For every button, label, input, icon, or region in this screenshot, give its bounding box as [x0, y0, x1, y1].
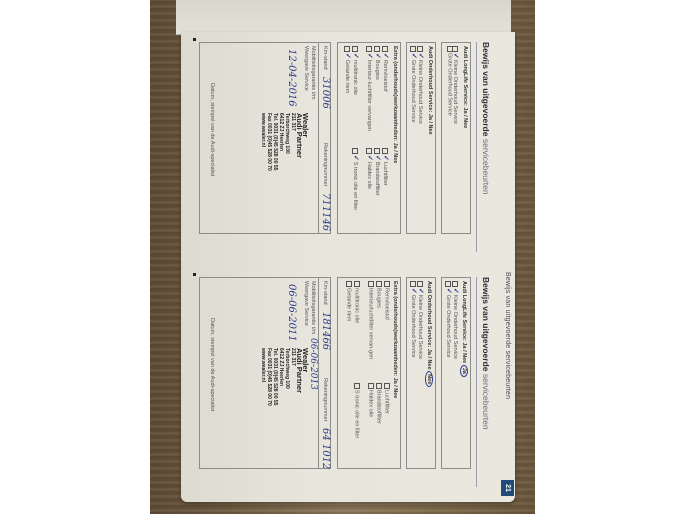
checkbox-row[interactable]: ✓Bougies [374, 46, 382, 80]
checkbox-row[interactable]: ✓Luchtfilter [382, 148, 390, 186]
checkbox-row[interactable]: Luchtfilter [384, 383, 390, 414]
km-stand-label: Km-stand [322, 281, 328, 305]
handwritten-check-icon: ✓ [382, 155, 389, 161]
checkbox-label: S tronic olie en filter [354, 390, 360, 438]
checkbox-label: Interieurluchtfilter vervan-gen [368, 288, 374, 359]
checkbox-label: Remvloeistof [382, 60, 388, 92]
page-content: Bewijs van uitgevoerde servicebeurten 21… [181, 32, 515, 502]
checkbox-row[interactable]: Haldex olie [368, 383, 374, 417]
checkbox-icon[interactable] [452, 281, 458, 287]
checkbox-label: multitronic olie [352, 60, 358, 95]
checkbox-row[interactable]: multitronic olie [354, 281, 360, 323]
extra-work-title: Extra (onderhouds)werkzaamheden: Ja / Ne… [392, 281, 398, 398]
stamp-line: Tel. 0031 (0)45 528 00 55 [272, 113, 278, 171]
handwritten-check-icon: ✓ [366, 53, 373, 59]
dealer-stamp: WealerAudi Partner211 317Terborchweg 100… [260, 348, 308, 406]
invoice-label: Rekeningnummer [322, 143, 328, 186]
checkbox-label: Interieur-luchtfilter vervangen [366, 60, 372, 131]
checkbox-label: Grote Onderhoud Service [447, 53, 453, 116]
checkbox-row[interactable]: ✓Grote Onderhoud Service [410, 46, 418, 123]
checkbox-row[interactable]: Remvloeistof [384, 281, 390, 320]
booklet-facing-page-edge [176, 0, 511, 35]
mobility-label: Mobiliteitsgarantie t/m [310, 281, 316, 335]
handwritten-check-icon: ✓ [417, 53, 424, 59]
service-details-box: Km-stand31006Rekeningnummer711146Mobilit… [199, 42, 331, 234]
service-record-column: Bewijs van uitgevoerde servicebeurtenAud… [191, 277, 491, 487]
checkbox-label: Grote Onderhoud Service [445, 295, 451, 358]
invoice-value: 64 1012 [320, 428, 331, 469]
handwritten-check-icon: ✓ [374, 155, 381, 161]
service-date-value: 06-06-2011 [286, 284, 297, 342]
handwritten-check-icon: ✓ [452, 288, 459, 294]
checkbox-icon[interactable] [376, 383, 382, 389]
checkbox-row[interactable]: ✓Brandstoffilter [374, 148, 382, 196]
date-stamp-label: Datum, stempel van de Audi-specialist [209, 318, 215, 411]
checkbox-row[interactable]: ✓Haldex olie [366, 148, 374, 189]
dealer-stamp: WealerAudi Partner211 317Terborchweg 100… [260, 113, 308, 171]
checkbox-label: Grote Onderhoud Service [410, 60, 416, 123]
handwritten-check-icon: ✓ [352, 155, 359, 161]
checkbox-row[interactable]: S tronic olie en filter [354, 383, 360, 438]
checkbox-label: Remvloeistof [384, 288, 390, 320]
checkbox-icon[interactable] [354, 383, 360, 389]
checkbox-row[interactable]: ✓Grote Onderhoud Service [410, 281, 418, 358]
checkbox-label: Luchtfilter [382, 162, 388, 186]
service-details-box: Km-stand181466Rekeningnummer64 1012Mobil… [199, 277, 331, 469]
checkbox-row[interactable]: Getande riem [346, 281, 352, 321]
stamp-line: Fax 0031 (0)45 528 00 70 [266, 348, 272, 406]
handwritten-check-icon: ✓ [410, 288, 417, 294]
checkbox-icon[interactable] [384, 281, 390, 287]
column-title-light: servicebeurten [481, 374, 491, 430]
longlife-service-box: Audi LongLife Service: Ja / Nee ✓Kleine … [441, 42, 471, 234]
checkbox-icon[interactable] [366, 148, 372, 154]
checkbox-row[interactable]: ✓Kleine Onderhoud Service [452, 46, 460, 124]
checkbox-icon[interactable] [452, 46, 458, 52]
checkbox-icon[interactable] [352, 46, 358, 52]
details-divider [318, 278, 319, 468]
checkbox-row[interactable]: ✓Kleine Onderhoud Service [417, 281, 425, 359]
checkbox-icon[interactable] [352, 148, 358, 154]
service-label: Weergave Service [303, 281, 309, 326]
checkbox-icon[interactable] [374, 148, 380, 154]
checkbox-icon[interactable] [410, 281, 416, 287]
column-title: Bewijs van uitgevoerde servicebeurten [481, 42, 491, 195]
checkbox-row[interactable]: ✓Kleine Onderhoud Service [417, 46, 425, 124]
running-header: Bewijs van uitgevoerde servicebeurten 21 [495, 32, 515, 502]
checkbox-icon[interactable] [374, 46, 380, 52]
checkbox-label: Luchtfilter [384, 390, 390, 414]
onderhoud-title: Audi Onderhoud Service: Ja / Nee Nee [425, 281, 433, 387]
checkbox-label: multitronic olie [354, 288, 360, 323]
stamp-line: Fax 0031 (0)45 528 00 70 [266, 113, 272, 171]
column-title: Bewijs van uitgevoerde servicebeurten [481, 277, 491, 430]
checkbox-label: Getande riem [346, 288, 352, 321]
handwritten-check-icon: ✓ [410, 53, 417, 59]
invoice-value: 711146 [320, 193, 331, 231]
km-stand-value: 31006 [320, 77, 331, 109]
checkbox-icon[interactable] [382, 46, 388, 52]
checkbox-icon[interactable] [376, 281, 382, 287]
handwritten-check-icon: ✓ [352, 53, 359, 59]
checkbox-icon[interactable] [344, 46, 350, 52]
circled-answer: Nee [425, 371, 433, 387]
handwritten-check-icon: ✓ [452, 53, 459, 59]
checkbox-icon[interactable] [445, 281, 451, 287]
checkbox-label: Getande riem [344, 60, 350, 93]
checkbox-icon[interactable] [382, 148, 388, 154]
onderhoud-service-box: Audi Onderhoud Service: Ja / Nee ✓Kleine… [406, 42, 436, 234]
checkbox-label: Grote Onderhoud Service [410, 295, 416, 358]
extra-work-box: Extra (onderhouds)werkzaamheden: Ja / Ne… [337, 277, 401, 469]
checkbox-label: S tronic olie en filter [352, 162, 358, 210]
checkbox-icon[interactable] [384, 383, 390, 389]
stamp-line: 6412 ZJ Heerlen [278, 113, 284, 171]
handwritten-check-icon: ✓ [417, 288, 424, 294]
checkbox-row[interactable]: ✓Getande riem [344, 46, 352, 93]
title-divider [476, 42, 477, 252]
checkbox-row[interactable]: ✓S tronic olie en filter [352, 148, 360, 210]
checkbox-row[interactable]: Grote Onderhoud Service [447, 46, 453, 116]
longlife-service-box: Audi LongLife Service: Ja / Nee Ja✓Klein… [441, 277, 471, 469]
running-header-title: Bewijs van uitgevoerde servicebeurten [504, 272, 511, 399]
column-title-light: servicebeurten [481, 139, 491, 195]
checkbox-label: Bougies [374, 60, 380, 80]
date-stamp-label: Datum, stempel van de Audi-specialist [209, 83, 215, 176]
stamp-line: 6412 ZJ Heerlen [278, 348, 284, 406]
stamp-line: Audi Partner [296, 348, 302, 406]
checkbox-icon[interactable] [417, 46, 423, 52]
details-divider [318, 43, 319, 233]
mobility-label: Mobiliteitsgarantie t/m [310, 46, 316, 100]
checkbox-icon[interactable] [447, 46, 453, 52]
title-divider [476, 277, 477, 487]
checkbox-label: Haldex olie [366, 162, 372, 189]
invoice-label: Rekeningnummer [322, 378, 328, 421]
checkbox-row[interactable]: Bougies [376, 281, 382, 308]
column-title-bold: Bewijs van uitgevoerde [481, 277, 491, 374]
km-stand-value: 181466 [320, 312, 331, 350]
column-title-bold: Bewijs van uitgevoerde [481, 42, 491, 139]
checkbox-icon[interactable] [410, 46, 416, 52]
extra-work-box: Extra (onderhouds)werkzaamheden: Ja / Ne… [337, 42, 401, 234]
handwritten-check-icon: ✓ [374, 53, 381, 59]
km-stand-label: Km-stand [322, 46, 328, 70]
longlife-title: Audi LongLife Service: Ja / Nee Ja [460, 281, 468, 377]
handwritten-check-icon: ✓ [382, 53, 389, 59]
checkbox-label: Brandstoffilter [374, 162, 380, 196]
corner-mark [193, 38, 196, 41]
checkbox-row[interactable]: ✓Interieur-luchtfilter vervangen [366, 46, 374, 131]
checkbox-icon[interactable] [417, 281, 423, 287]
checkbox-label: Brandstoffilter [376, 390, 382, 424]
handwritten-check-icon: ✓ [366, 155, 373, 161]
stamp-line: Terborchweg 100 [284, 113, 290, 171]
stamp-line: Terborchweg 100 [284, 348, 290, 406]
onderhoud-title: Audi Onderhoud Service: Ja / Nee [427, 46, 433, 135]
checkbox-row[interactable]: ✓Remvloeistof [382, 46, 390, 92]
checkbox-row[interactable]: Brandstoffilter [376, 383, 382, 424]
checkbox-row[interactable]: ✓Kleine Onderhoud Service [452, 281, 460, 359]
stamp-line: Audi Partner [296, 113, 302, 171]
longlife-title: Audi LongLife Service: Ja / Nee [462, 46, 468, 128]
onderhoud-service-box: Audi Onderhoud Service: Ja / Nee Nee✓Kle… [406, 277, 436, 469]
checkbox-icon[interactable] [354, 281, 360, 287]
checkbox-label: Bougies [376, 288, 382, 308]
corner-mark [193, 273, 196, 276]
service-date-value: 12-04-2016 [286, 49, 297, 107]
checkbox-row[interactable]: ✓multitronic olie [352, 46, 360, 95]
km-stand-row: Km-stand [322, 46, 328, 70]
checkbox-icon[interactable] [346, 281, 352, 287]
stamp-line: Tel. 0031 (0)45 528 00 55 [272, 348, 278, 406]
service-label: Weergave Service [303, 46, 309, 91]
handwritten-check-icon: ✓ [445, 288, 452, 294]
km-stand-row: Km-stand [322, 281, 328, 305]
page-number-badge: 21 [501, 480, 514, 496]
checkbox-label: Haldex olie [368, 390, 374, 417]
circled-answer: Ja [460, 365, 468, 377]
checkbox-icon[interactable] [366, 46, 372, 52]
extra-work-title: Extra (onderhouds)werkzaamheden: Ja / Ne… [392, 46, 398, 163]
checkbox-row[interactable]: ✓Grote Onderhoud Service [445, 281, 453, 358]
checkbox-row[interactable]: Interieurluchtfilter vervan-gen [368, 281, 374, 359]
service-record-column: Bewijs van uitgevoerde servicebeurtenAud… [191, 42, 491, 252]
checkbox-icon[interactable] [368, 383, 374, 389]
checkbox-icon[interactable] [368, 281, 374, 287]
handwritten-check-icon: ✓ [344, 53, 351, 59]
